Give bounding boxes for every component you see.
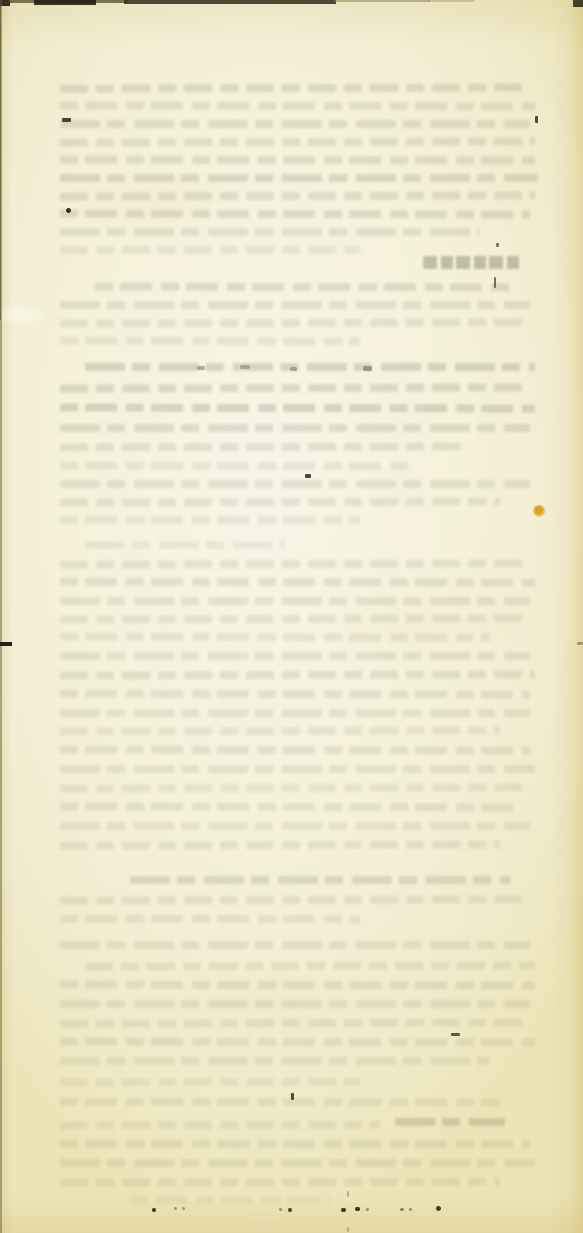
ink-speck xyxy=(62,118,71,122)
text-line-smudge xyxy=(60,480,530,488)
ink-speck xyxy=(0,642,12,646)
text-line-smudge xyxy=(60,120,530,128)
ink-speck xyxy=(182,1207,185,1210)
text-line-smudge xyxy=(60,981,535,990)
ink-speck xyxy=(535,116,538,123)
ink-speck xyxy=(366,1208,369,1211)
text-line-smudge xyxy=(60,690,530,699)
ink-speck xyxy=(197,366,205,370)
text-line-smudge xyxy=(60,709,530,717)
scan-edge-segment xyxy=(8,0,128,3)
text-line-smudge xyxy=(60,442,460,451)
text-line-smudge xyxy=(60,1018,530,1027)
text-line-smudge xyxy=(395,1118,505,1126)
stamp-dot xyxy=(496,243,499,247)
text-line-smudge xyxy=(60,383,530,392)
text-line-smudge xyxy=(60,210,530,219)
text-line-smudge xyxy=(60,1057,490,1065)
text-line-smudge xyxy=(95,283,515,292)
ink-speck xyxy=(152,1208,156,1212)
scanned-document-page xyxy=(0,0,583,1233)
text-line-smudge xyxy=(60,895,530,904)
stamp-word-smudge xyxy=(423,256,520,269)
text-line-smudge xyxy=(60,915,360,924)
text-line-smudge xyxy=(60,83,530,92)
ink-speck xyxy=(174,1207,177,1210)
scan-edge-segment xyxy=(34,0,96,5)
ink-speck xyxy=(305,474,311,478)
text-line-smudge xyxy=(60,559,530,568)
ink-speck xyxy=(347,1227,349,1232)
text-line-smudge xyxy=(60,246,360,255)
text-line-smudge xyxy=(60,578,535,587)
text-line-smudge xyxy=(60,1000,530,1008)
ink-speck xyxy=(341,1208,346,1212)
ink-speck xyxy=(363,366,372,371)
stamp-tick xyxy=(494,277,496,288)
text-line-smudge xyxy=(60,670,535,679)
text-line-smudge xyxy=(60,614,530,623)
text-line-smudge xyxy=(60,174,538,182)
ink-speck xyxy=(409,1208,412,1211)
text-line-smudge xyxy=(60,840,500,849)
scan-edge-segment xyxy=(334,0,430,2)
text-line-smudge xyxy=(60,228,480,236)
text-line-smudge xyxy=(60,1038,535,1047)
text-line-smudge xyxy=(60,1078,360,1087)
ink-speck xyxy=(279,1208,282,1211)
text-line-smudge xyxy=(60,191,535,200)
ink-speck xyxy=(291,1093,294,1100)
ink-speck xyxy=(290,367,297,371)
text-line-smudge xyxy=(60,941,530,949)
text-line-smudge xyxy=(60,746,530,755)
text-line-smudge xyxy=(85,961,535,970)
ink-speck xyxy=(355,1207,360,1211)
text-line-smudge xyxy=(60,404,535,413)
ink-speck xyxy=(66,208,71,213)
text-line-smudge xyxy=(60,822,530,830)
text-line-smudge xyxy=(60,765,535,773)
text-line-smudge xyxy=(60,652,530,660)
text-line-smudge xyxy=(60,462,410,471)
text-line-smudge xyxy=(60,497,500,506)
text-line-smudge xyxy=(60,597,530,605)
text-line-smudge xyxy=(85,541,285,549)
ink-speck xyxy=(288,1208,292,1212)
text-line-smudge xyxy=(60,1121,380,1130)
text-line-smudge xyxy=(60,424,530,432)
text-line-smudge xyxy=(60,156,535,165)
text-line-smudge xyxy=(60,783,530,792)
text-line-smudge xyxy=(60,102,535,111)
text-line-smudge xyxy=(60,337,360,346)
scan-edge-segment xyxy=(0,0,10,6)
text-line-smudge xyxy=(60,318,530,327)
text-line-smudge xyxy=(60,633,490,642)
ink-speck xyxy=(451,1033,460,1036)
text-line-smudge xyxy=(60,137,535,146)
scan-edge-line xyxy=(0,0,2,1233)
text-line-smudge xyxy=(130,1196,330,1204)
text-line-smudge xyxy=(60,301,530,309)
text-line-smudge xyxy=(85,363,535,371)
text-line-smudge xyxy=(60,1098,500,1107)
text-line-smudge xyxy=(60,803,520,812)
text-line-smudge xyxy=(60,1159,535,1167)
scan-edge-segment xyxy=(573,0,583,7)
scan-edge-segment xyxy=(124,0,336,4)
ink-speck xyxy=(400,1208,404,1211)
scan-edge-segment xyxy=(428,0,474,2)
scan-edge-line xyxy=(0,0,1,320)
yellow-stain-dot xyxy=(533,505,546,517)
ink-speck xyxy=(240,365,250,369)
text-line-smudge xyxy=(60,516,360,525)
text-line-smudge xyxy=(130,876,510,884)
ink-speck xyxy=(436,1206,441,1211)
text-line-smudge xyxy=(60,1140,530,1149)
ink-speck xyxy=(577,642,583,645)
text-line-smudge xyxy=(60,726,500,735)
ink-speck xyxy=(347,1191,349,1197)
text-line-smudge xyxy=(60,1177,500,1186)
